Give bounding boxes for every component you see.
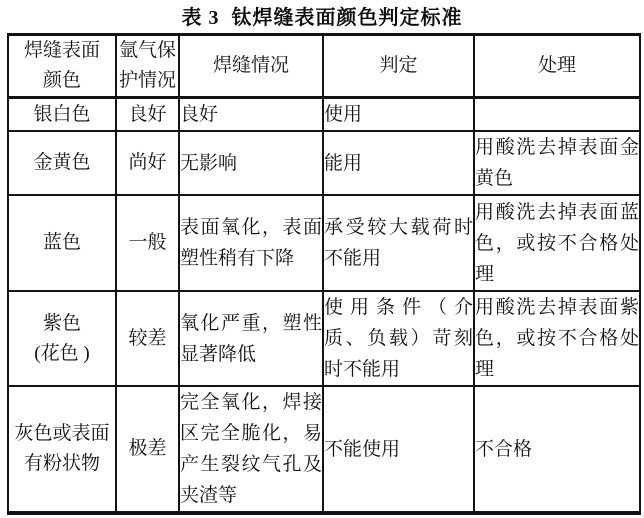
cell-judgment: 承受较大载荷时不能用 (323, 195, 474, 291)
col-header-argon-protection: 氩气保 护情况 (116, 35, 179, 98)
cell-color: 银白色 (8, 98, 116, 132)
col-header-judgment: 判定 (323, 35, 474, 98)
cell-color: 紫色 (花色 ) (8, 291, 116, 386)
cell-treatment: 用酸洗去掉表面紫色，或按不合格处理 (474, 291, 640, 386)
cell-condition: 氧化严重，塑性显著降低 (179, 291, 323, 386)
document-page: 表 3 钛焊缝表面颜色判定标准 焊缝表面 颜色 氩气保 护情况 焊缝情况 判定 … (0, 0, 644, 518)
col-header-treatment: 处理 (474, 35, 640, 98)
cell-condition: 无影响 (179, 131, 323, 195)
col-header-weld-surface-color: 焊缝表面 颜色 (8, 35, 116, 98)
col-header-weld-condition: 焊缝情况 (179, 35, 323, 98)
cell-condition: 良好 (179, 98, 323, 132)
cell-treatment: 不合格 (474, 386, 640, 513)
cell-treatment (474, 98, 640, 132)
cell-treatment: 用酸洗去掉表面蓝色，或按不合格处理 (474, 195, 640, 291)
cell-condition: 完全氧化，焊接区完全脆化，易产生裂纹气孔及夹渣等 (179, 386, 323, 513)
cell-treatment: 用酸洗去掉表面金黄色 (474, 131, 640, 195)
cell-protection: 极差 (116, 386, 179, 513)
cell-color: 金黄色 (8, 131, 116, 195)
table-row-blue: 蓝色 一般 表面氧化，表面塑性稍有下降 承受较大载荷时不能用 用酸洗去掉表面蓝色… (8, 195, 640, 291)
weld-color-judgment-table: 焊缝表面 颜色 氩气保 护情况 焊缝情况 判定 处理 银白色 良好 良好 使用 … (7, 33, 641, 515)
table-row-gray-powder: 灰色或表面 有粉状物 极差 完全氧化，焊接区完全脆化，易产生裂纹气孔及夹渣等 不… (8, 386, 640, 513)
cell-condition: 表面氧化，表面塑性稍有下降 (179, 195, 323, 291)
cell-protection: 一般 (116, 195, 179, 291)
cell-judgment: 使用条件（介质、负载）苛刻时不能用 (323, 291, 474, 386)
cell-color: 蓝色 (8, 195, 116, 291)
cell-judgment: 使用 (323, 98, 474, 132)
table-row-golden-yellow: 金黄色 尚好 无影响 能用 用酸洗去掉表面金黄色 (8, 131, 640, 195)
cell-protection: 较差 (116, 291, 179, 386)
cell-color: 灰色或表面 有粉状物 (8, 386, 116, 513)
cell-protection: 尚好 (116, 131, 179, 195)
table-title: 表 3 钛焊缝表面颜色判定标准 (0, 0, 644, 31)
cell-protection: 良好 (116, 98, 179, 132)
cell-judgment: 不能使用 (323, 386, 474, 513)
table-row-silver-white: 银白色 良好 良好 使用 (8, 98, 640, 132)
table-row-purple: 紫色 (花色 ) 较差 氧化严重，塑性显著降低 使用条件（介质、负载）苛刻时不能… (8, 291, 640, 386)
header-row: 焊缝表面 颜色 氩气保 护情况 焊缝情况 判定 处理 (8, 35, 640, 98)
cell-judgment: 能用 (323, 131, 474, 195)
